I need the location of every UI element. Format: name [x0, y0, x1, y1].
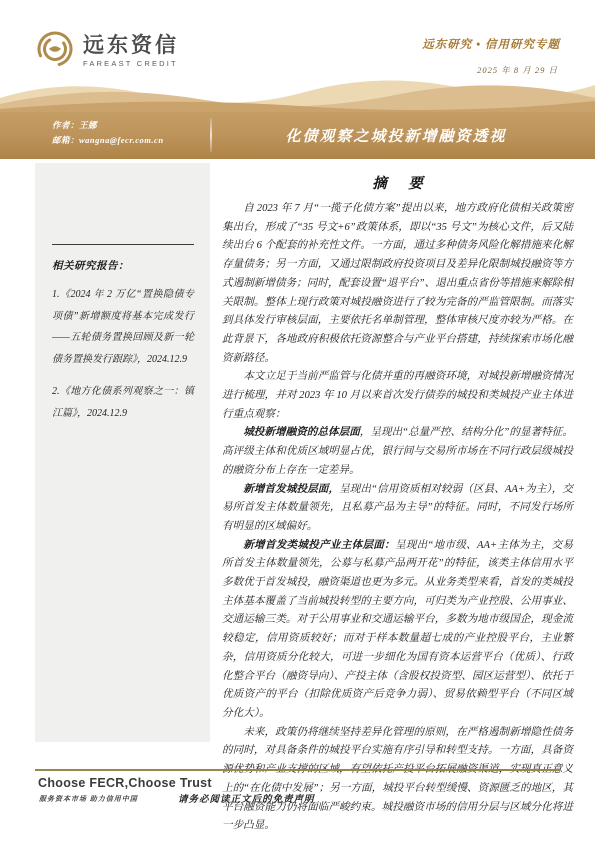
footer-slogan-cn: 服务资本市场 助力信用中国	[39, 794, 138, 804]
abstract-paragraph: 新增首发城投层面，呈现出“信用资质相对较弱（区县、AA+为主），交易所首发主体数…	[222, 481, 573, 537]
author-block: 作者：王娜 邮箱：wangna@fecr.com.cn	[52, 118, 164, 148]
related-report-item: 2.《地方化债系列观察之一：镇江篇》，2024.12.9	[52, 381, 194, 424]
logo-name-cn: 远东资信	[83, 35, 179, 57]
author-name: 作者：王娜	[52, 118, 164, 133]
waves-decoration	[0, 72, 595, 113]
abstract-paragraph: 未来，政策仍将继续坚持差异化管理的原则，在严格遏制新增隐性债务的同时，对具备条件…	[222, 724, 573, 836]
footer-divider	[35, 769, 560, 771]
footer-disclaimer: 请务必阅读正文后的免责声明	[178, 791, 315, 805]
series-label: 远东研究 • 信用研究专题	[422, 36, 560, 52]
related-reports-heading: 相关研究报告：	[52, 258, 194, 273]
abstract-section: 摘 要 自 2023 年 7 月“一揽子化债方案”提出以来，地方政府化债相关政策…	[222, 172, 573, 836]
abstract-paragraph: 自 2023 年 7 月“一揽子化债方案”提出以来，地方政府化债相关政策密集出台…	[222, 200, 573, 368]
abstract-paragraph: 本文立足于当前严监管与化债并重的再融资环境，对城投新增融资情况进行梳理，并对 2…	[222, 368, 573, 424]
abstract-paragraph: 新增首发类城投产业主体层面：呈现出“地市级、AA+主体为主，交易所首发主体数量领…	[222, 537, 573, 724]
related-reports-rule	[52, 244, 194, 245]
footer-slogan-en: Choose FECR,Choose Trust	[38, 776, 212, 790]
banner-divider	[210, 118, 212, 152]
logo-name-en: FAREAST CREDIT	[83, 59, 179, 68]
fareast-credit-swirl-logo-icon	[36, 30, 74, 73]
report-title: 化债观察之城投新增融资透视	[226, 125, 566, 146]
abstract-paragraph: 城投新增融资的总体层面，呈现出“总量严控、结构分化”的显著特征。高评级主体和优质…	[222, 424, 573, 480]
abstract-title: 摘 要	[222, 172, 573, 193]
header-logo: 远东资信 FAREAST CREDIT	[36, 30, 179, 73]
related-report-item: 1.《2024 年 2 万亿“置换隐债专项债”新增额度将基本完成发行——五轮债务…	[52, 284, 194, 370]
author-email: 邮箱：wangna@fecr.com.cn	[52, 133, 164, 148]
related-reports-panel: 相关研究报告： 1.《2024 年 2 万亿“置换隐债专项债”新增额度将基本完成…	[35, 163, 210, 742]
